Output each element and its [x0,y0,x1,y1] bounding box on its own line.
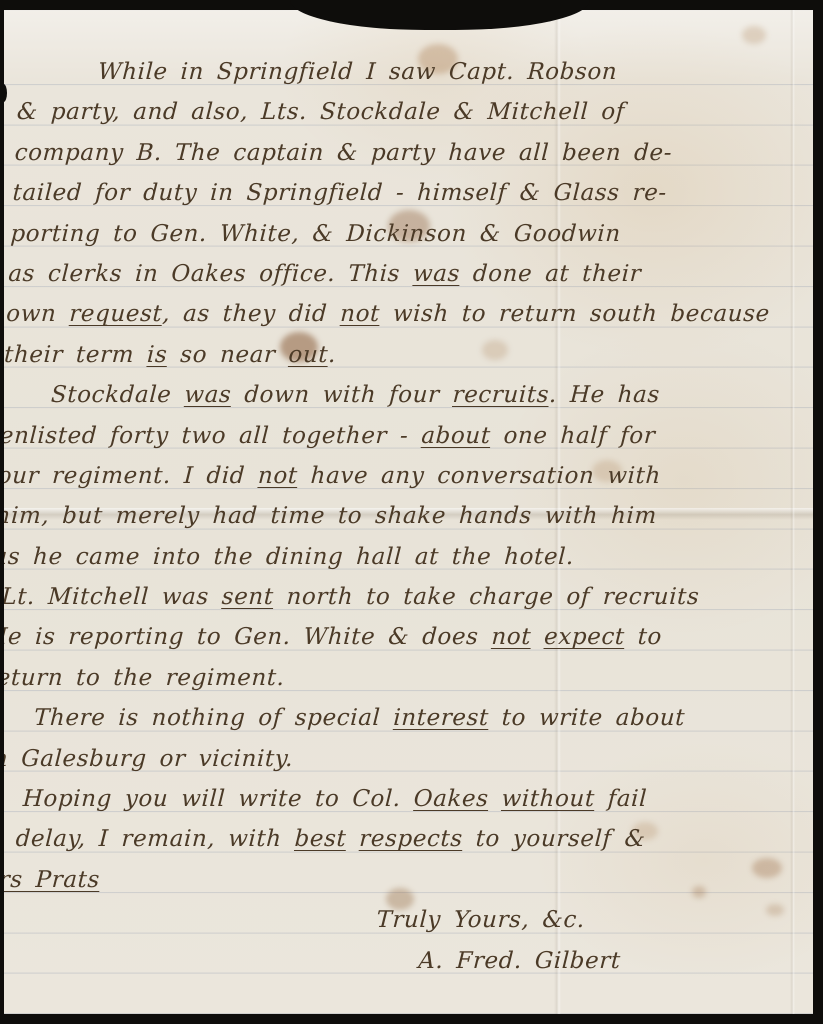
letter-line: While in Springfield I saw Capt. Robson [12,52,801,92]
letter-line: There is nothing of special interest to … [0,698,767,738]
scan-edge-left-nub [0,84,7,102]
letter-line: their term is so near out. [0,335,786,375]
letter-line: enlisted forty two all together - about … [0,416,782,456]
stain [766,904,784,916]
letter-line: Hoping you will write to Col. Oakes with… [0,779,763,819]
letter-line: Mrs Prats [0,860,759,900]
scanned-letter-page: While in Springfield I saw Capt. Robson&… [0,0,823,1024]
letter-line: company B. The captain & party have all … [8,133,797,173]
scan-edge-right [813,0,823,1024]
letter-line: & party, and also, Lts. Stockdale & Mitc… [10,92,799,132]
letter-line: tailed for duty in Springfield - himself… [6,173,795,213]
letter-line: Lt. Mitchell was sent north to take char… [0,577,773,617]
letter-line: return to the regiment. [0,658,769,698]
scan-edge-left [0,0,4,1024]
letter-line: porting to Gen. White, & Dickinson & Goo… [3,214,792,254]
letter-line: or delay, I remain, with best respects t… [0,819,761,859]
stain [742,26,766,44]
letter-line: own request, as they did not wish to ret… [0,294,788,334]
letter-line: Stockdale was down with four recruits. H… [0,375,784,415]
letter-paper: While in Springfield I saw Capt. Robson&… [4,10,813,1014]
letter-line: Truly Yours, &c. [0,900,757,940]
letter-line: our regiment. I did not have any convers… [0,456,780,496]
scan-edge-bottom [0,1014,823,1024]
letter-line: in Galesburg or vicinity. [0,739,765,779]
letter-line: as he came into the dining hall at the h… [0,537,776,577]
letter-line: He is reporting to Gen. White & does not… [0,617,771,657]
letter-line: as clerks in Oakes office. This was done… [1,254,790,294]
letter-body-text: While in Springfield I saw Capt. Robson&… [0,52,801,981]
letter-line: A. Fred. Gilbert [0,941,754,981]
letter-line: him, but merely had time to shake hands … [0,496,778,536]
